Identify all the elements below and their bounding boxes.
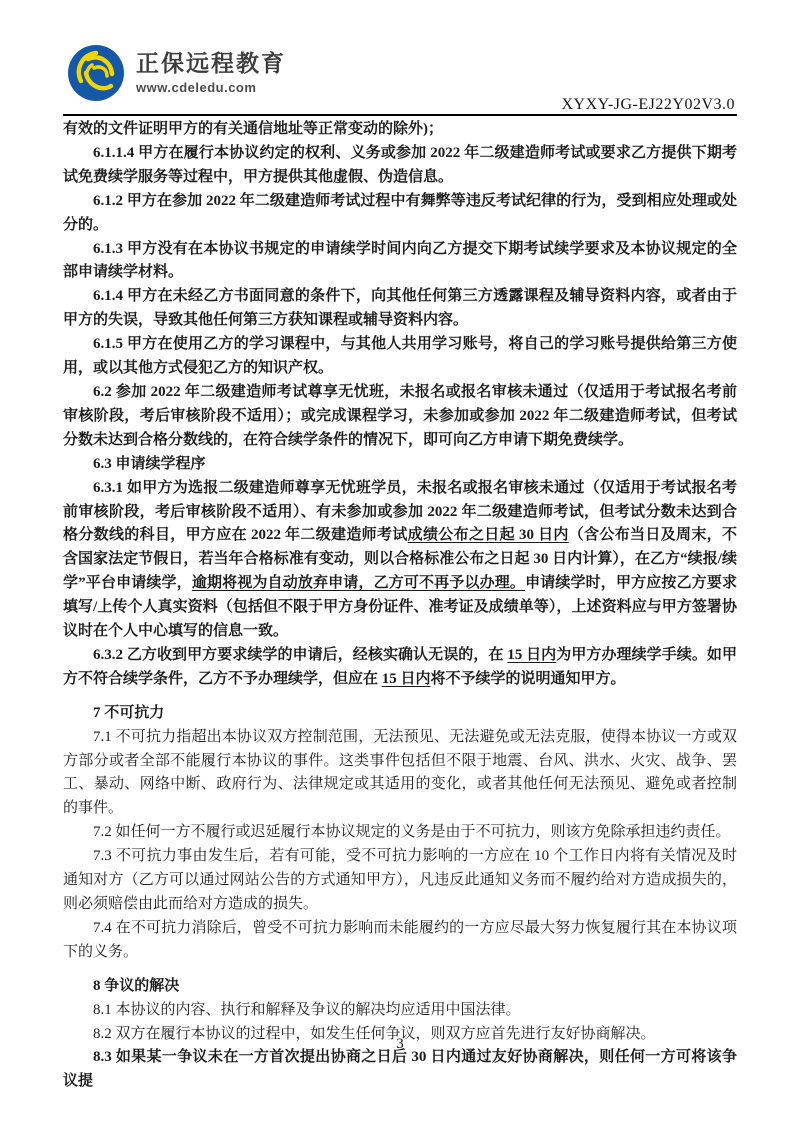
- text-run: 6.1.2 甲方在参加 2022 年二级建造师考试过程中有舞弊等违反考试纪律的行…: [63, 193, 737, 233]
- paragraph-h-7: 7 不可抗力: [63, 702, 737, 726]
- paragraph-p-6-1-5: 6.1.5 甲方在使用乙方的学习课程中，与其他人共用学习账号，将自己的学习账号提…: [63, 333, 737, 381]
- text-run: 7.4 在不可抗力消除后，曾受不可抗力影响而未能履约的一方应尽最大努力恢复履行其…: [63, 920, 737, 960]
- text-run: 6.1.1.4 甲方在履行本协议约定的权利、义务或参加 2022 年二级建造师考…: [63, 145, 737, 185]
- paragraph-p-7-1: 7.1 不可抗力指超出本协议双方控制范围，无法预见、无法避免或无法克服，使得本协…: [63, 726, 737, 822]
- text-run: 6.3.2 乙方收到甲方要求续学的申请后，经核实确认无误的，在: [93, 647, 507, 663]
- text-run: 将不予续学的说明通知甲方。: [431, 671, 626, 687]
- underlined-text: 成绩公布之日起 30 日内: [408, 527, 569, 543]
- header-rule: [63, 114, 737, 116]
- paragraph-p-6-1-3: 6.1.3 甲方没有在本协议书规定的申请续学时间内向乙方提交下期考试续学要求及本…: [63, 238, 737, 286]
- paragraph-p-6-3-2: 6.3.2 乙方收到甲方要求续学的申请后，经核实确认无误的，在 15 日内为甲方…: [63, 644, 737, 692]
- text-run: 7.3 不可抗力事由发生后，若有可能，受不可抗力影响的一方应在 10 个工作日内…: [63, 848, 737, 912]
- page-number: 3: [0, 1036, 800, 1053]
- text-run: 有效的文件证明甲方的有关通信地址等正常变动的除外)；: [63, 121, 443, 137]
- paragraph-p-7-2: 7.2 如任何一方不履行或迟延履行本协议规定的义务是由于不可抗力，则该方免除承担…: [63, 821, 737, 845]
- text-run: 8 争议的解决: [93, 978, 179, 994]
- document-code: XYXY-JG-EJ22Y02V3.0: [562, 96, 736, 114]
- text-run: 7.1 不可抗力指超出本协议双方控制范围，无法预见、无法避免或无法克服，使得本协…: [63, 729, 737, 817]
- brand-name: 正保远程教育: [136, 51, 286, 76]
- paragraph-p-6-3-1: 6.3.1 如甲方为选报二级建造师尊享无忧班学员，未报名或报名审核未通过（仅适用…: [63, 477, 737, 644]
- text-run: 8.3 如果某一争议未在一方首次提出协商之日后 30 日内通过友好协商解决，则任…: [63, 1049, 737, 1089]
- brand-logo-icon: [67, 44, 125, 102]
- paragraph-p-8-1: 8.1 本协议的内容、执行和解释及争议的解决均应适用中国法律。: [63, 999, 737, 1023]
- paragraph-p-6-1-4: 6.1.4 甲方在未经乙方书面同意的条件下，向其他任何第三方透露课程及辅导资料内…: [63, 285, 737, 333]
- underlined-text: 15 日内: [507, 647, 556, 663]
- paragraph-p-6-2: 6.2 参加 2022 年二级建造师考试尊享无忧班，未报名或报名审核未通过（仅适…: [63, 381, 737, 453]
- text-run: 6.2 参加 2022 年二级建造师考试尊享无忧班，未报名或报名审核未通过（仅适…: [63, 384, 737, 448]
- text-run: 6.1.4 甲方在未经乙方书面同意的条件下，向其他任何第三方透露课程及辅导资料内…: [63, 288, 737, 328]
- text-run: 6.1.5 甲方在使用乙方的学习课程中，与其他人共用学习账号，将自己的学习账号提…: [63, 336, 737, 376]
- brand-logo: 正保远程教育 www.cdeledu.com: [67, 44, 286, 102]
- text-run: 6.1.3 甲方没有在本协议书规定的申请续学时间内向乙方提交下期考试续学要求及本…: [63, 241, 737, 281]
- paragraph-p-6-1-1-4: 6.1.1.4 甲方在履行本协议约定的权利、义务或参加 2022 年二级建造师考…: [63, 142, 737, 190]
- page-header: 正保远程教育 www.cdeledu.com XYXY-JG-EJ22Y02V3…: [63, 40, 737, 114]
- brand-text-block: 正保远程教育 www.cdeledu.com: [136, 51, 286, 94]
- paragraph-p-7-4: 7.4 在不可抗力消除后，曾受不可抗力影响而未能履约的一方应尽最大努力恢复履行其…: [63, 917, 737, 965]
- text-run: 6.3 申请续学程序: [93, 456, 206, 472]
- text-run: 8.1 本协议的内容、执行和解释及争议的解决均应适用中国法律。: [93, 1002, 521, 1018]
- document-page: 正保远程教育 www.cdeledu.com XYXY-JG-EJ22Y02V3…: [0, 0, 800, 1131]
- paragraph-p-7-3: 7.3 不可抗力事由发生后，若有可能，受不可抗力影响的一方应在 10 个工作日内…: [63, 845, 737, 917]
- text-run: 7.2 如任何一方不履行或迟延履行本协议规定的义务是由于不可抗力，则该方免除承担…: [93, 824, 731, 840]
- paragraph-p-cont: 有效的文件证明甲方的有关通信地址等正常变动的除外)；: [63, 118, 737, 142]
- document-body: 有效的文件证明甲方的有关通信地址等正常变动的除外)；6.1.1.4 甲方在履行本…: [63, 118, 737, 1094]
- paragraph-p-8-3: 8.3 如果某一争议未在一方首次提出协商之日后 30 日内通过友好协商解决，则任…: [63, 1046, 737, 1094]
- paragraph-h-6-3: 6.3 申请续学程序: [63, 453, 737, 477]
- underlined-text: 逾期将视为自动放弃申请，乙方可不再予以办理。: [192, 575, 525, 591]
- brand-url: www.cdeledu.com: [136, 80, 286, 95]
- text-run: 7 不可抗力: [93, 705, 164, 721]
- paragraph-p-6-1-2: 6.1.2 甲方在参加 2022 年二级建造师考试过程中有舞弊等违反考试纪律的行…: [63, 190, 737, 238]
- paragraph-h-8: 8 争议的解决: [63, 975, 737, 999]
- underlined-text: 15 日内: [382, 671, 431, 687]
